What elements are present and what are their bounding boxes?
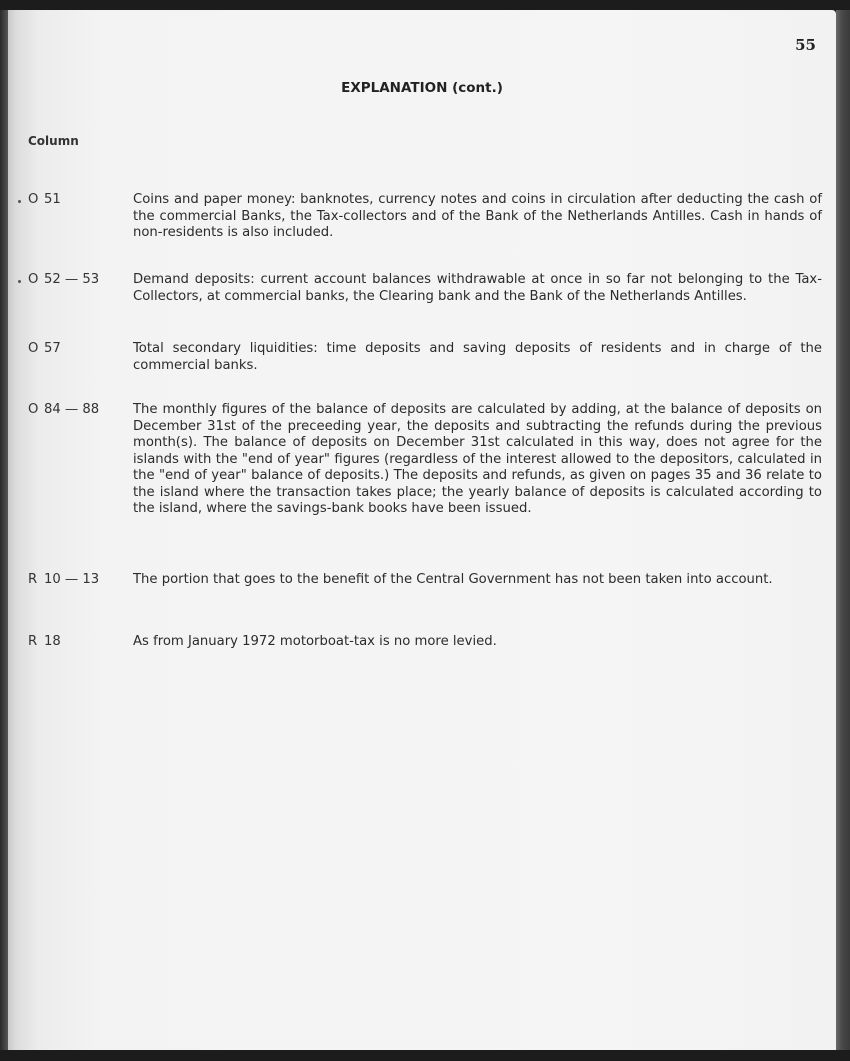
- entry-text: As from January 1972 motorboat-tax is no…: [133, 634, 822, 651]
- column-header: Column: [28, 134, 79, 148]
- explanation-entry: O51 Coins and paper money: banknotes, cu…: [28, 192, 822, 242]
- entry-code: O57: [28, 341, 133, 374]
- explanation-entry: R18 As from January 1972 motorboat-tax i…: [28, 634, 822, 651]
- page-title: EXPLANATION (cont.): [8, 80, 836, 96]
- entry-range: 57: [44, 341, 61, 356]
- margin-mark: [18, 280, 21, 283]
- explanation-entry: O57 Total secondary liquidities: time de…: [28, 341, 822, 374]
- entry-letter: O: [28, 192, 44, 209]
- document-page: 55 EXPLANATION (cont.) Column O51 Coins …: [8, 10, 836, 1050]
- entry-code: O52 — 53: [28, 272, 133, 305]
- entry-text: The portion that goes to the benefit of …: [133, 572, 822, 589]
- entry-text: Total secondary liquidities: time deposi…: [133, 341, 822, 374]
- entry-text: The monthly figures of the balance of de…: [133, 402, 822, 518]
- entry-letter: O: [28, 341, 44, 358]
- explanation-entry: O84 — 88 The monthly figures of the bala…: [28, 402, 822, 518]
- margin-mark: [18, 200, 21, 203]
- entry-letter: R: [28, 572, 44, 589]
- book-binding: [0, 10, 8, 1050]
- entry-range: 52 — 53: [44, 272, 99, 287]
- entry-range: 51: [44, 192, 61, 207]
- entry-letter: O: [28, 402, 44, 419]
- scanned-page: 55 EXPLANATION (cont.) Column O51 Coins …: [0, 0, 850, 1061]
- entry-code: O51: [28, 192, 133, 242]
- entry-letter: O: [28, 272, 44, 289]
- explanation-entry: O52 — 53 Demand deposits: current accoun…: [28, 272, 822, 305]
- entry-letter: R: [28, 634, 44, 651]
- page-stack-edge: [836, 10, 850, 1050]
- page-number: 55: [795, 36, 816, 54]
- entry-range: 18: [44, 634, 61, 649]
- entry-text: Coins and paper money: banknotes, curren…: [133, 192, 822, 242]
- entry-range: 10 — 13: [44, 572, 99, 587]
- entry-code: R18: [28, 634, 133, 651]
- entry-code: O84 — 88: [28, 402, 133, 518]
- explanation-entry: R10 — 13 The portion that goes to the be…: [28, 572, 822, 589]
- entry-range: 84 — 88: [44, 402, 99, 417]
- entry-code: R10 — 13: [28, 572, 133, 589]
- entry-text: Demand deposits: current account balance…: [133, 272, 822, 305]
